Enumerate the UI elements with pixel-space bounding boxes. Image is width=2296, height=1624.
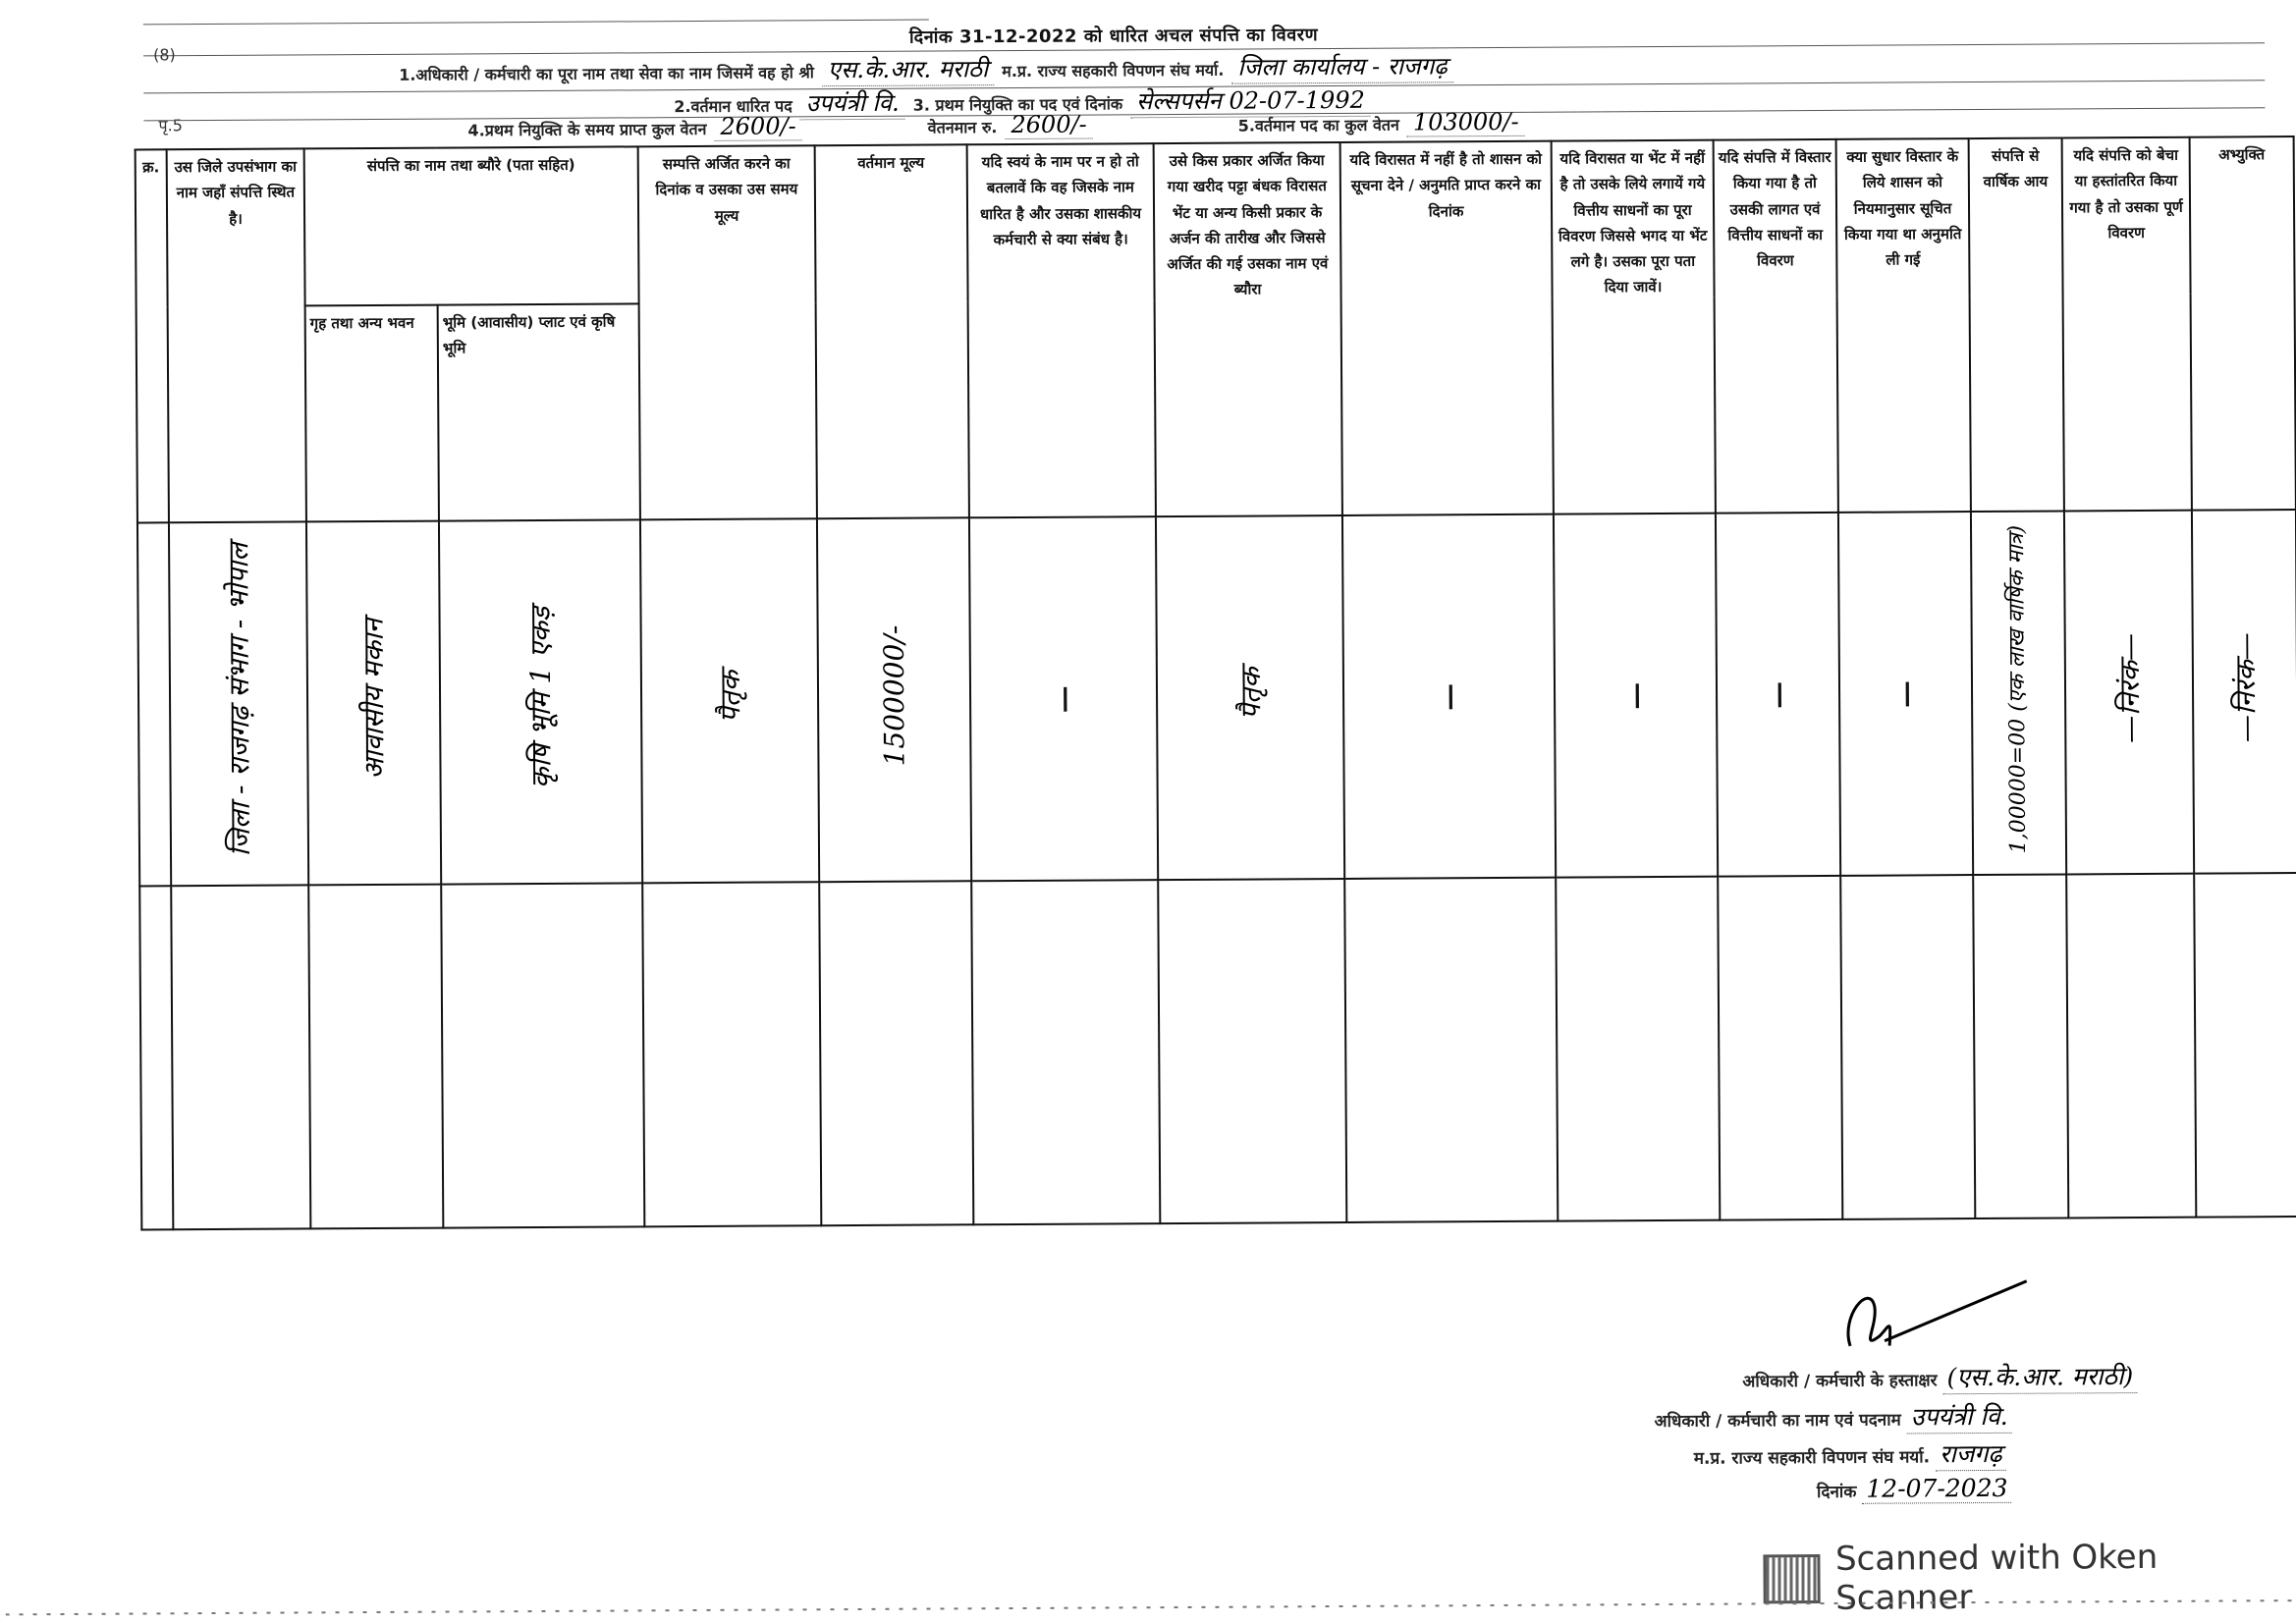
organization-label: म.प्र. राज्य सहकारी विपणन संघ मर्या.	[1002, 59, 1224, 81]
col-serial: क्र.	[136, 149, 169, 522]
employee-name-value: एस.के.आर. मराठी	[822, 52, 995, 86]
col-annual-income: संपत्ति से वार्षिक आय	[1969, 137, 2064, 512]
first-salary-label: 4.प्रथम नियुक्ति के समय प्राप्त कुल वेतन	[467, 118, 706, 140]
col-house: गृह तथा अन्य भवन	[305, 305, 439, 522]
table-header-row: क्र. उस जिले उपसंभाग का नाम जहाँ संपत्ति…	[136, 136, 2295, 306]
col-current-value: वर्तमान मूल्य	[815, 144, 969, 518]
document-title: दिनांक 31-12-2022 को धारित अचल संपत्ति क…	[909, 23, 1318, 49]
designation-value: उपयंत्री वि.	[1907, 1399, 2012, 1435]
salary-row: 4.प्रथम नियुक्ति के समय प्राप्त कुल वेतन…	[467, 108, 1524, 143]
scanned-page: दिनांक 31-12-2022 को धारित अचल संपत्ति क…	[0, 0, 2296, 1624]
scanner-watermark: Scanned with Oken Scanner	[1763, 1537, 2296, 1618]
current-salary-value: 103000/-	[1407, 108, 1525, 137]
cell-location: जिला - राजगढ़ संभाग - भोपाल	[169, 521, 308, 886]
cell-expansion: ।	[1716, 513, 1840, 877]
date-value: 12-07-2023	[1862, 1474, 2011, 1504]
organization-value: राजगढ़	[1936, 1436, 2006, 1471]
col-inheritance-gift: यदि विरासत या भेंट में नहीं है तो उसके ल…	[1552, 140, 1716, 514]
cell-if-not-own-name: ।	[969, 516, 1158, 881]
col-how-acquired: उसे किस प्रकार अर्जित किया गया खरीद पट्ट…	[1154, 142, 1342, 516]
designation-row: अधिकारी / कर्मचारी का नाम एवं पदनाम उपयं…	[1654, 1399, 2011, 1435]
cell-inheritance-gift: ।	[1554, 514, 1718, 878]
signature-scribble-icon	[1831, 1276, 2048, 1366]
col-property-name: संपत्ति का नाम तथा ब्यौरे (पता सहित)	[304, 146, 639, 305]
margin-note: (8)	[153, 45, 176, 64]
cell-how-acquired: पैतृक	[1156, 515, 1344, 880]
watermark-text: Scanned with Oken Scanner	[1835, 1537, 2296, 1618]
col-improvement: क्या सुधार विस्तार के लिये शासन को नियमा…	[1836, 138, 1971, 513]
scanner-logo-icon	[1763, 1554, 1820, 1603]
signature-row: अधिकारी / कर्मचारी के हस्ताक्षर (एस.के.आ…	[1742, 1359, 2137, 1395]
cell-improvement: ।	[1838, 512, 1973, 876]
office-value: जिला कार्यालय - राजगढ़	[1231, 49, 1453, 83]
cell-remarks: —निरंक—	[2192, 510, 2296, 874]
employee-name-label: 1.अधिकारी / कर्मचारी का पूरा नाम तथा सेव…	[399, 61, 814, 85]
organization-label: म.प्र. राज्य सहकारी विपणन संघ मर्या.	[1694, 1444, 1930, 1468]
table-row: जिला - राजगढ़ संभाग - भोपाल आवासीय मकान …	[137, 510, 2296, 886]
cell-acquired-date: पैतृक	[640, 518, 819, 883]
pay-scale-value: 2600/-	[1005, 111, 1092, 140]
table-row-empty	[139, 873, 2296, 1229]
organization-row: म.प्र. राज्य सहकारी विपणन संघ मर्या. राज…	[1694, 1436, 2006, 1473]
signature-label: अधिकारी / कर्मचारी के हस्ताक्षर	[1742, 1368, 1937, 1391]
signature-value: (एस.के.आर. मराठी)	[1942, 1359, 2137, 1394]
top-border	[143, 20, 929, 26]
designation-label: अधिकारी / कर्मचारी का नाम एवं पदनाम	[1654, 1408, 1900, 1433]
col-remarks: अभ्युक्ति	[2190, 136, 2296, 511]
cell-current-value: 1500000/-	[817, 517, 971, 882]
property-table: क्र. उस जिले उपसंभाग का नाम जहाँ संपत्ति…	[135, 135, 2296, 1230]
date-row: दिनांक 12-07-2023	[1817, 1474, 2012, 1504]
cell-govt-intimation: ।	[1342, 514, 1556, 879]
cell-land: कृषि भूमि 1 एकड़	[439, 519, 642, 884]
pay-scale-label: वेतनमान रु.	[928, 116, 998, 137]
cell-house: आवासीय मकान	[306, 521, 441, 886]
cell-serial	[137, 522, 171, 886]
col-transferred: यदि संपत्ति को बेचा या हस्तांतरित किया ग…	[2062, 137, 2192, 512]
cell-annual-income: 1,00000=00 (एक लाख वार्षिक मात्र)	[1971, 511, 2066, 875]
col-expansion: यदि संपत्ति में विस्तार किया गया है तो उ…	[1714, 139, 1838, 514]
margin-note: पृ.5	[158, 114, 182, 135]
first-salary-value: 2600/-	[714, 112, 801, 141]
col-acquired-date: सम्पत्ति अर्जित करने का दिनांक व उसका उस…	[638, 145, 817, 519]
col-land: भूमि (आवासीय) प्लाट एवं कृषि भूमि	[438, 303, 640, 520]
current-salary-label: 5.वर्तमान पद का कुल वेतन	[1238, 114, 1399, 136]
col-if-not-own-name: यदि स्वयं के नाम पर न हो तो बतलावें कि व…	[967, 143, 1156, 517]
cell-transferred: —निरंक—	[2064, 511, 2194, 875]
col-govt-intimation: यदि विरासत में नहीं है तो शासन को सूचना …	[1340, 141, 1554, 515]
col-location: उस जिले उपसंभाग का नाम जहाँ संपत्ति स्थि…	[167, 148, 306, 522]
date-label: दिनांक	[1817, 1480, 1856, 1502]
